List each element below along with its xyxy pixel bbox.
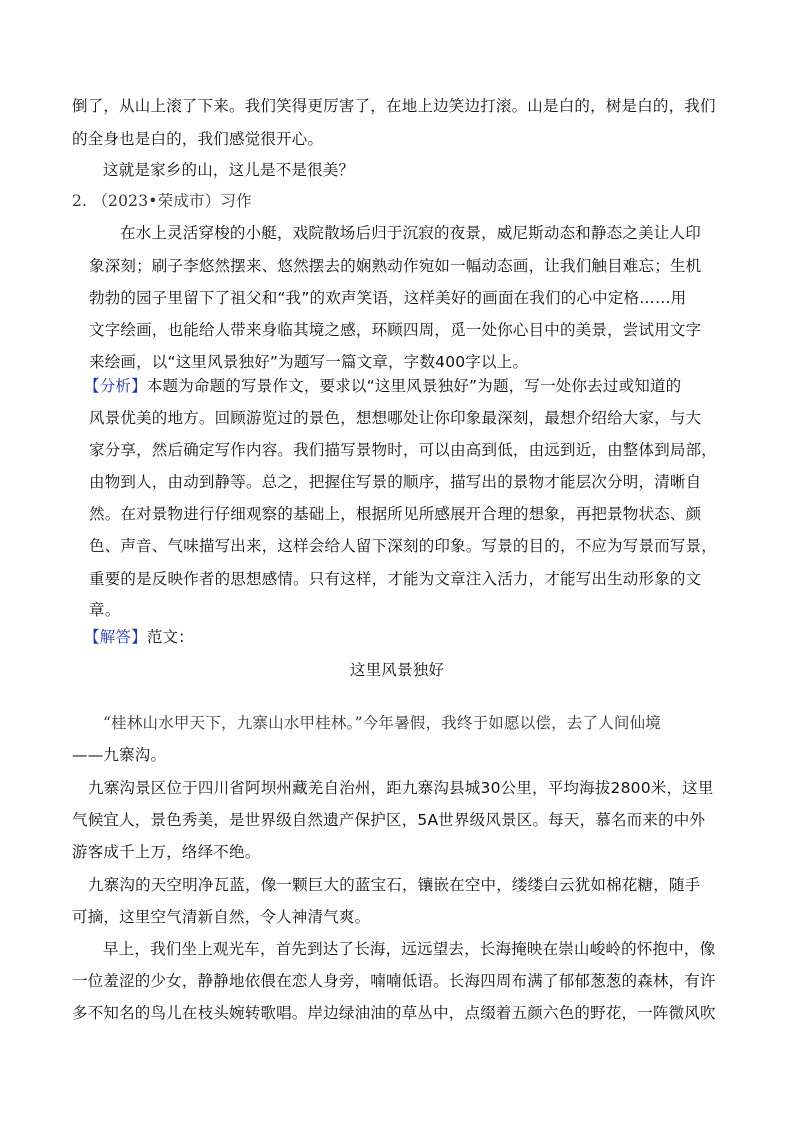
document-page: 倒了，从山上滚了下来。我们笑得更厉害了，在地上边笑边打滚。山是白的，树是白的，我… — [0, 0, 794, 1123]
essay-line: 九寨沟景区位于四川省阿坝州藏羌自治州，距九寨沟县城30公里，平均海拔2800米，… — [88, 778, 748, 798]
analysis-first-line: 【分析】本题为命题的写景作文，要求以“这里风景独好”为题，写一处你去过或知道的 — [84, 376, 744, 396]
essay-line: 多不知名的鸟儿在枝头婉转歌唱。岸边绿油油的草丛中，点缀着五颜六色的野花，一阵微风… — [72, 1003, 732, 1023]
question-number: 2. — [72, 192, 87, 210]
answer-intro: 范文： — [147, 628, 194, 646]
text-line: 的全身也是白的，我们感觉很开心。 — [72, 129, 732, 149]
analysis-line: 家分享，然后确定写作内容。我们描写景物时，可以由高到低，由远到近，由整体到局部， — [89, 440, 749, 460]
essay-line: 一位羞涩的少女，静静地依偎在恋人身旁，喃喃低语。长海四周布满了郁郁葱葱的森林，有… — [72, 971, 732, 991]
prompt-line: 勃勃的园子里留下了祖父和“我”的欢声笑语，这样美好的画面在我们的心中定格……用 — [89, 288, 749, 308]
analysis-line: 章。 — [89, 600, 749, 620]
answer-header: 【解答】范文： — [84, 627, 744, 647]
essay-title: 这里风景独好 — [0, 660, 794, 680]
essay-line: 九寨沟的天空明净瓦蓝，像一颗巨大的蓝宝石，镶嵌在空中，缕缕白云犹如棉花糖，随手 — [88, 875, 748, 895]
analysis-line: 色、声音、气味描写出来，这样会给人留下深刻的印象。写景的目的，不应为写景而写景， — [89, 536, 749, 556]
essay-line: 气候宜人，景色秀美，是世界级自然遗产保护区，5A世界级风景区。每天，慕名而来的中… — [72, 810, 732, 830]
prompt-line: 文字绘画，也能给人带来身临其境之感，环顾四周，觅一处你心目中的美景，尝试用文字 — [89, 320, 749, 340]
text-line: 这就是家乡的山，这儿是不是很美？ — [103, 160, 763, 180]
question-header: 2. （2023•荣成市）习作 — [72, 191, 732, 211]
answer-label: 【解答】 — [84, 628, 147, 646]
question-source: （2023•荣成市）习作 — [92, 192, 252, 210]
analysis-line: 由物到人，由动到静等。总之，把握住写景的顺序，描写出的景物才能层次分明，清晰自 — [89, 472, 749, 492]
text-line: 倒了，从山上滚了下来。我们笑得更厉害了，在地上边笑边打滚。山是白的，树是白的，我… — [72, 96, 732, 116]
analysis-line: 重要的是反映作者的思想感情。只有这样，才能为文章注入活力，才能写出生动形象的文 — [89, 569, 749, 589]
prompt-line: 象深刻；刷子李悠然摆来、悠然摆去的娴熟动作宛如一幅动态画，让我们触目难忘；生机 — [89, 256, 749, 276]
essay-line: 游客成千上万，络绎不绝。 — [72, 842, 732, 862]
analysis-line: 然。在对景物进行仔细观察的基础上，根据所见所感展开合理的想象，再把景物状态、颜 — [89, 504, 749, 524]
essay-line: “桂林山水甲天下，九寨山水甲桂林。”今年暑假，我终于如愿以偿，去了人间仙境 — [103, 713, 763, 733]
essay-line: 早上，我们坐上观光车，首先到达了长海，远远望去，长海掩映在崇山峻岭的怀抱中，像 — [103, 939, 763, 959]
prompt-line: 来绘画，以“这里风景独好”为题写一篇文章，字数400字以上。 — [89, 352, 749, 372]
analysis-line: 风景优美的地方。回顾游览过的景色，想想哪处让你印象最深刻，最想介绍给大家，与大 — [89, 408, 749, 428]
essay-line: 可摘，这里空气清新自然，令人神清气爽。 — [72, 907, 732, 927]
essay-line: ——九寨沟。 — [72, 745, 732, 765]
analysis-label: 【分析】 — [84, 377, 147, 395]
prompt-line: 在水上灵活穿梭的小艇，戏院散场后归于沉寂的夜景，威尼斯动态和静态之美让人印 — [120, 223, 780, 243]
analysis-text: 本题为命题的写景作文，要求以“这里风景独好”为题，写一处你去过或知道的 — [147, 377, 682, 395]
